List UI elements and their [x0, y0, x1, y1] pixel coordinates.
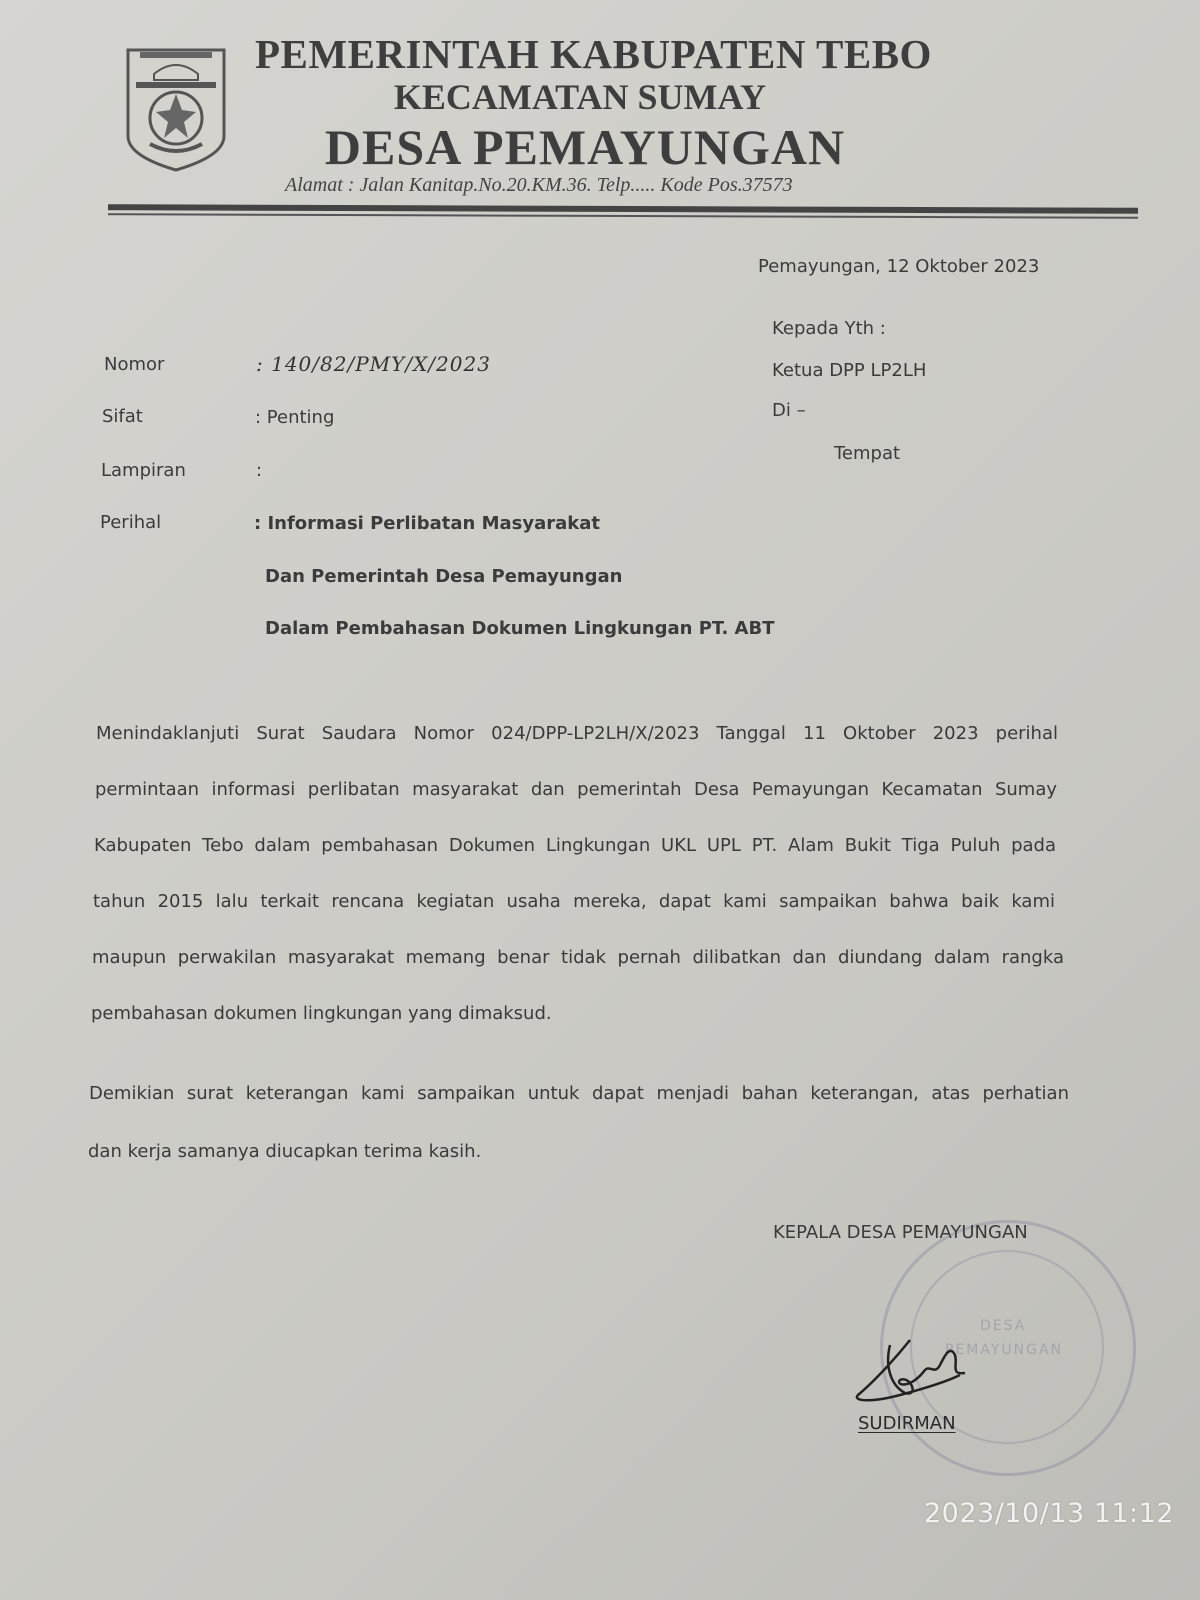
perihal-line-1: : Informasi Perlibatan Masyarakat: [254, 513, 600, 534]
sifat-label: Sifat: [102, 406, 143, 427]
signatory-name: SUDIRMAN: [858, 1413, 956, 1434]
perihal-line-3: Dalam Pembahasan Dokumen Lingkungan PT. …: [265, 618, 774, 639]
signature-scribble-icon: [850, 1335, 980, 1415]
body-line: Kabupaten Tebo dalam pembahasan Dokumen …: [94, 835, 1056, 856]
photo-timestamp: 2023/10/13 11:12: [924, 1498, 1174, 1529]
lampiran-label: Lampiran: [101, 460, 186, 481]
recipient-greeting: Kepada Yth :: [772, 318, 886, 339]
closing-line: Demikian surat keterangan kami sampaikan…: [89, 1083, 1069, 1104]
signatory-title: KEPALA DESA PEMAYUNGAN: [773, 1222, 1028, 1243]
body-line: Menindaklanjuti Surat Saudara Nomor 024/…: [96, 723, 1058, 744]
nomor-value: : 140/82/PMY/X/2023: [256, 352, 491, 376]
letterhead-address: Alamat : Jalan Kanitap.No.20.KM.36. Telp…: [285, 174, 885, 197]
recipient-place: Tempat: [834, 443, 900, 464]
sifat-value: : Penting: [255, 407, 334, 428]
letterhead-village: DESA PEMAYUNGAN: [305, 118, 865, 176]
perihal-line-2: Dan Pemerintah Desa Pemayungan: [265, 566, 622, 587]
nomor-label: Nomor: [104, 354, 164, 375]
body-line: pembahasan dokumen lingkungan yang dimak…: [91, 1003, 552, 1024]
closing-line: dan kerja samanya diucapkan terima kasih…: [88, 1141, 481, 1162]
stamp-center-text-1: DESA: [980, 1318, 1026, 1334]
place-date: Pemayungan, 12 Oktober 2023: [758, 256, 1039, 277]
regency-crest-icon: [124, 44, 228, 174]
letterhead-government: PEMERINTAH KABUPATEN TEBO: [255, 30, 905, 78]
perihal-label: Perihal: [100, 512, 161, 533]
letterhead-district: KECAMATAN SUMAY: [345, 76, 815, 118]
recipient-di: Di –: [772, 400, 806, 421]
body-line: maupun perwakilan masyarakat memang bena…: [92, 947, 1064, 968]
letterhead-divider: [108, 204, 1138, 214]
lampiran-value: :: [256, 460, 262, 481]
body-line: tahun 2015 lalu terkait rencana kegiatan…: [93, 891, 1055, 912]
recipient-name: Ketua DPP LP2LH: [772, 360, 926, 381]
body-line: permintaan informasi perlibatan masyarak…: [95, 779, 1057, 800]
letterhead-divider-thin: [108, 213, 1138, 219]
